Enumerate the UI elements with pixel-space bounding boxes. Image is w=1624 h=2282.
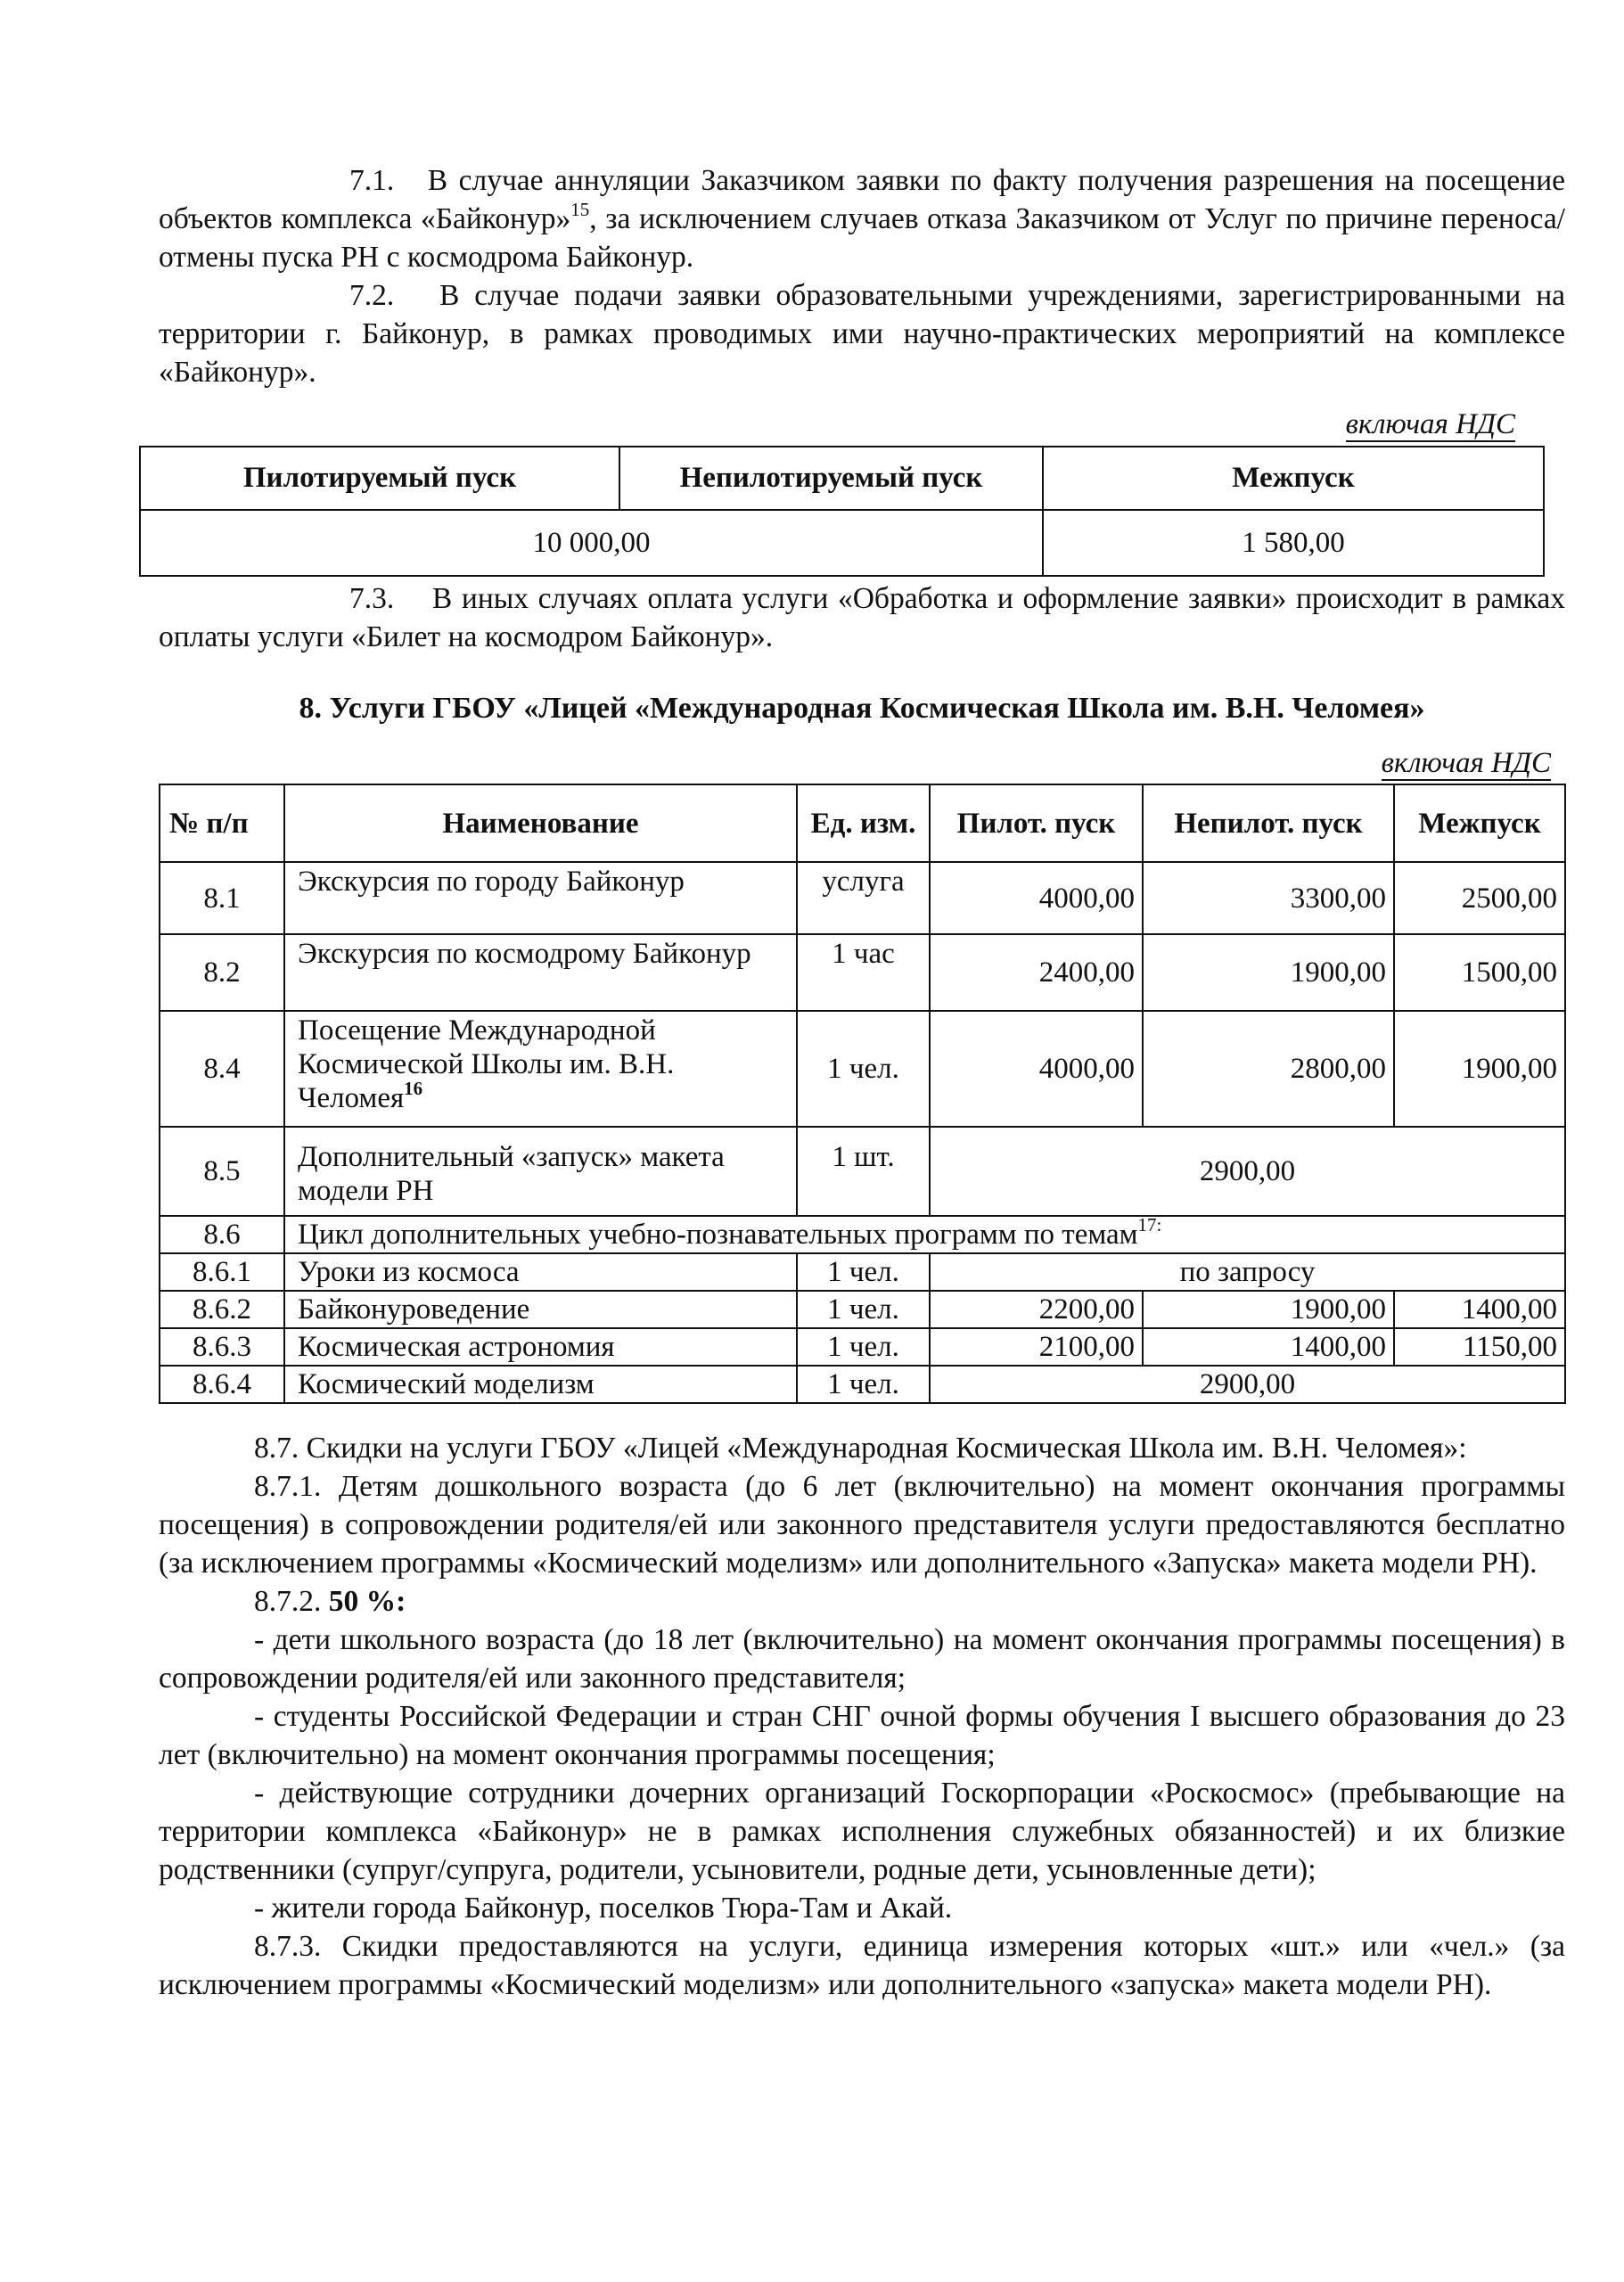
document-page: 7.1. В случае аннуляции Заказчиком заявк… [0, 0, 1624, 2282]
table-row: 8.6.4 Космический моделизм 1 чел. 2900,0… [160, 1366, 1565, 1403]
header-num: № п/п [160, 784, 284, 862]
footnote-ref: 16 [404, 1078, 422, 1099]
bullet-item: - действующие сотрудники дочерних органи… [159, 1774, 1565, 1889]
paragraph-7-2: 7.2. В случае подачи заявки образователь… [159, 276, 1565, 391]
paragraph-number: 7.1. [254, 161, 394, 200]
paragraph-8-7-1: 8.7.1. Детям дошкольного возраста (до 6 … [159, 1467, 1565, 1582]
bullet-item: - жители города Байконур, поселков Тюра-… [159, 1889, 1565, 1927]
paragraph-8-7: 8.7. Скидки на услуги ГБОУ «Лицей «Между… [159, 1429, 1565, 1467]
header-unpiloted: Непилотируемый пуск [619, 447, 1043, 510]
table-row: 8.2 Экскурсия по космодрому Байконур 1 ч… [160, 934, 1565, 1011]
paragraph-7-3-block: 7.3. В иных случаях оплата услуги «Обраб… [159, 579, 1565, 656]
header-interlaunch: Межпуск [1394, 784, 1565, 862]
table-row: 8.6.1 Уроки из космоса 1 чел. по запросу [160, 1253, 1565, 1291]
paragraph-8-7-3: 8.7.3. Скидки предоставляются на услуги,… [159, 1927, 1565, 2004]
table-row: 10 000,00 1 580,00 [140, 510, 1544, 576]
paragraph-8-7-2: 8.7.2. 50 %: [159, 1582, 1565, 1621]
section-8-title: 8. Услуги ГБОУ «Лицей «Международная Кос… [159, 689, 1565, 727]
table-row: 8.1 Экскурсия по городу Байконур услуга … [160, 862, 1565, 934]
bullet-item: - дети школьного возраста (до 18 лет (вк… [159, 1621, 1565, 1697]
paragraph-number: 7.3. [254, 579, 394, 618]
bullet-item: - студенты Российской Федерации и стран … [159, 1697, 1565, 1774]
interlaunch-price-cell: 1 580,00 [1043, 510, 1544, 576]
table-header-row: Пилотируемый пуск Непилотируемый пуск Ме… [140, 447, 1544, 510]
section-8-discounts: 8.7. Скидки на услуги ГБОУ «Лицей «Между… [159, 1429, 1565, 2004]
launch-price-cell: 10 000,00 [140, 510, 1043, 576]
table-row: 8.6 Цикл дополнительных учебно-познавате… [160, 1216, 1565, 1253]
header-piloted: Пилот. пуск [930, 784, 1143, 862]
vat-note: включая НДС [1159, 406, 1515, 442]
table-row: 8.4 Посещение Международной Космической … [160, 1011, 1565, 1127]
table-row: 8.6.2 Байконуроведение 1 чел. 2200,00 19… [160, 1291, 1565, 1328]
application-fee-table: Пилотируемый пуск Непилотируемый пуск Ме… [139, 446, 1545, 577]
paragraph-7-1: 7.1. В случае аннуляции Заказчиком заявк… [159, 161, 1565, 276]
section-7-intro: 7.1. В случае аннуляции Заказчиком заявк… [159, 161, 1565, 391]
vat-note: включая НДС [1194, 745, 1551, 781]
footnote-ref: 15 [570, 199, 589, 220]
table-header-row: № п/п Наименование Ед. изм. Пилот. пуск … [160, 784, 1565, 862]
header-interlaunch: Межпуск [1043, 447, 1544, 510]
services-table: № п/п Наименование Ед. изм. Пилот. пуск … [159, 784, 1566, 1404]
table-row: 8.5 Дополнительный «запуск» макета модел… [160, 1127, 1565, 1216]
header-piloted: Пилотируемый пуск [140, 447, 619, 510]
header-name: Наименование [284, 784, 797, 862]
discount-percent: 50 %: [329, 1585, 406, 1618]
header-unit: Ед. изм. [797, 784, 930, 862]
footnote-ref: 17: [1138, 1214, 1162, 1235]
table-row: 8.6.3 Космическая астрономия 1 чел. 2100… [160, 1328, 1565, 1366]
paragraph-number: 7.2. [254, 276, 394, 315]
header-unpiloted: Непилот. пуск [1143, 784, 1394, 862]
paragraph-7-3: 7.3. В иных случаях оплата услуги «Обраб… [159, 579, 1565, 656]
